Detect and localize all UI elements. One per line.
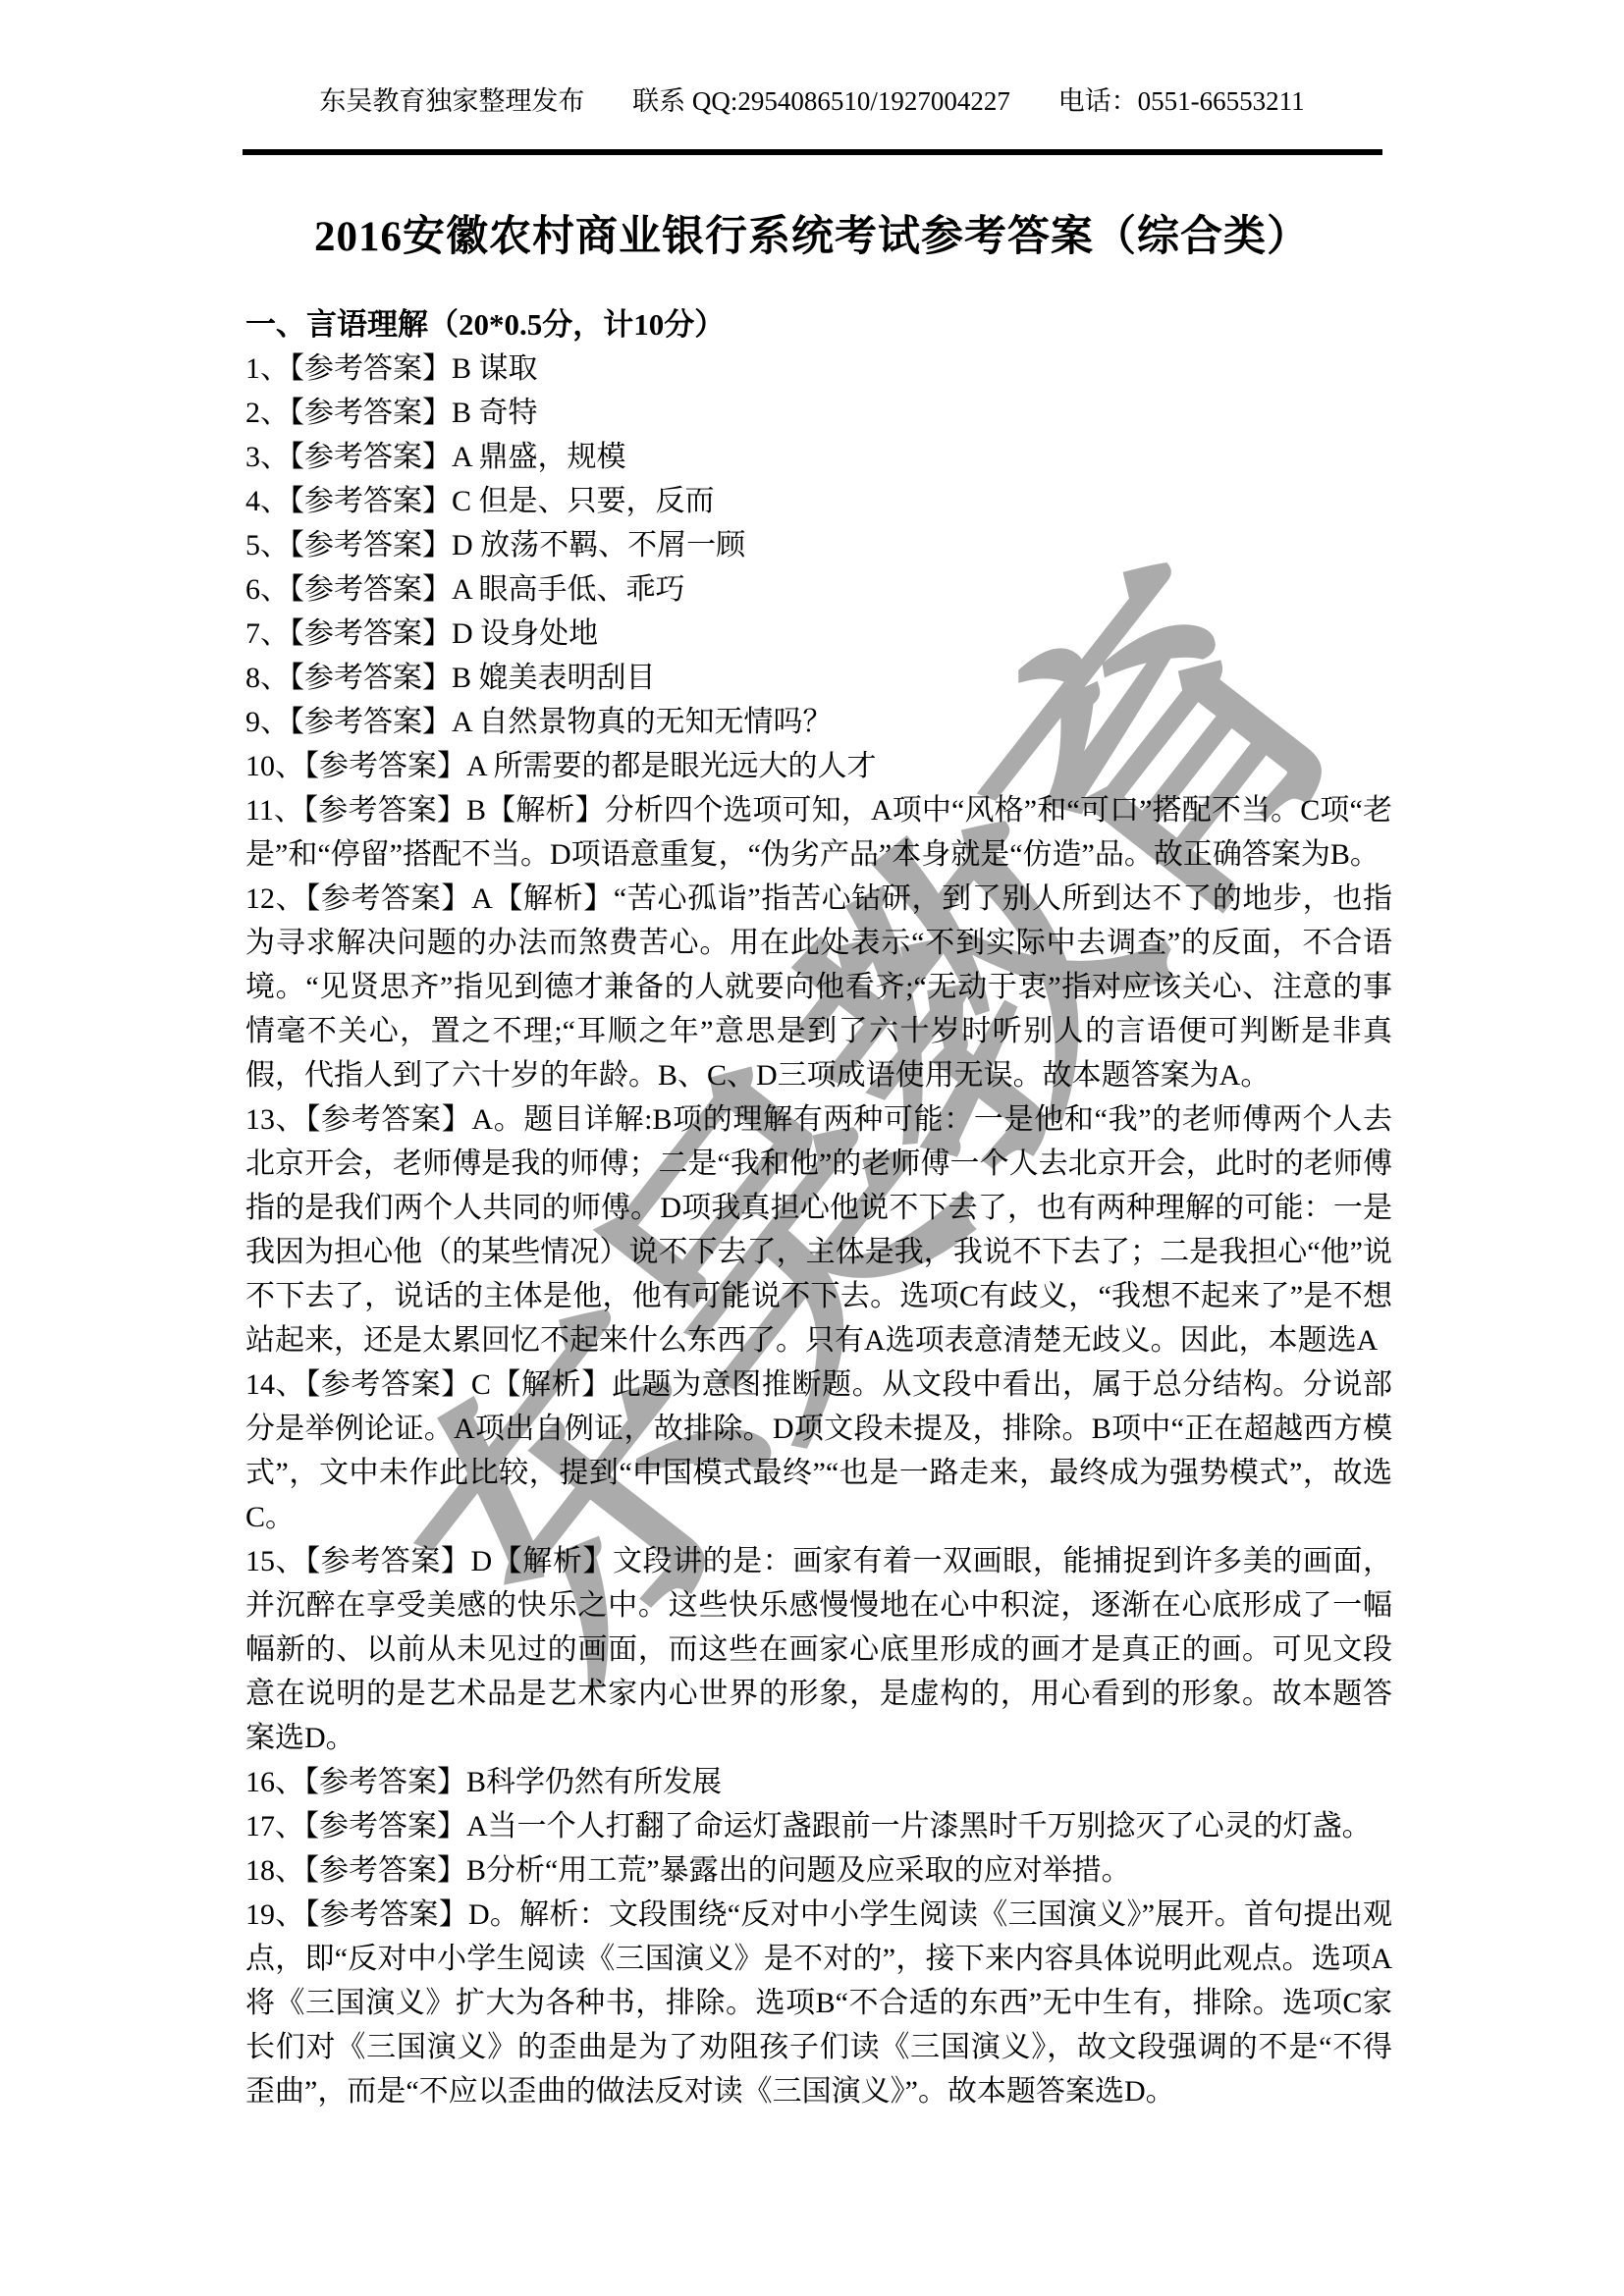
answer-item: 16、【参考答案】B科学仍然有所发展 [245,1760,1392,1804]
answer-item: 19、【参考答案】D。解析：文段围绕“反对中小学生阅读《三国演义》”展开。首句提… [245,1893,1392,2113]
answer-item: 12、【参考答案】A【解析】“苦心孤诣”指苦心钻研，到了别人所到达不了的地步，也… [245,877,1392,1097]
answer-item: 10、【参考答案】A 所需要的都是眼光远大的人才 [245,744,1392,788]
document-body: 一、言语理解（20*0.5分，计10分） 1、【参考答案】B 谋取2、【参考答案… [245,302,1392,2113]
answer-item: 8、【参考答案】B 媲美表明刮目 [245,656,1392,700]
answer-item: 6、【参考答案】A 眼高手低、乖巧 [245,567,1392,612]
answer-item: 7、【参考答案】D 设身处地 [245,612,1392,656]
answer-item: 18、【参考答案】B分析“用工荒”暴露出的问题及应采取的应对举措。 [245,1848,1392,1893]
answer-item: 15、【参考答案】D【解析】文段讲的是：画家有着一双画眼，能捕捉到许多美的画面，… [245,1539,1392,1760]
document-page: 东吴教育 东吴教育独家整理发布 联系 QQ:2954086510/1927004… [0,0,1624,2296]
header-phone: 电话：0551-66553211 [1058,84,1305,118]
header-publisher: 东吴教育独家整理发布 [319,84,584,118]
header-rule [243,149,1382,155]
page-header: 东吴教育独家整理发布 联系 QQ:2954086510/1927004227 电… [0,84,1624,118]
answer-item: 3、【参考答案】A 鼎盛，规模 [245,435,1392,479]
answer-item: 13、【参考答案】A。题目详解:B项的理解有两种可能：一是他和“我”的老师傅两个… [245,1097,1392,1362]
answer-item: 5、【参考答案】D 放荡不羁、不屑一顾 [245,523,1392,567]
answer-item: 14、【参考答案】C【解析】此题为意图推断题。从文段中看出，属于总分结构。分说部… [245,1362,1392,1539]
answer-item: 11、【参考答案】B【解析】分析四个选项可知，A项中“风格”和“可口”搭配不当。… [245,788,1392,877]
answer-list: 1、【参考答案】B 谋取2、【参考答案】B 奇特3、【参考答案】A 鼎盛，规模4… [245,347,1392,2113]
answer-item: 2、【参考答案】B 奇特 [245,391,1392,435]
header-contact-qq: 联系 QQ:2954086510/1927004227 [632,84,1010,118]
answer-item: 1、【参考答案】B 谋取 [245,347,1392,391]
answer-item: 9、【参考答案】A 自然景物真的无知无情吗？ [245,700,1392,744]
answer-item: 4、【参考答案】C 但是、只要，反而 [245,479,1392,523]
answer-item: 17、【参考答案】A当一个人打翻了命运灯盏跟前一片漆黑时千万别捻灭了心灵的灯盏。 [245,1804,1392,1848]
page-title: 2016安徽农村商业银行系统考试参考答案（综合类） [0,210,1624,265]
section-heading: 一、言语理解（20*0.5分，计10分） [245,302,1392,347]
